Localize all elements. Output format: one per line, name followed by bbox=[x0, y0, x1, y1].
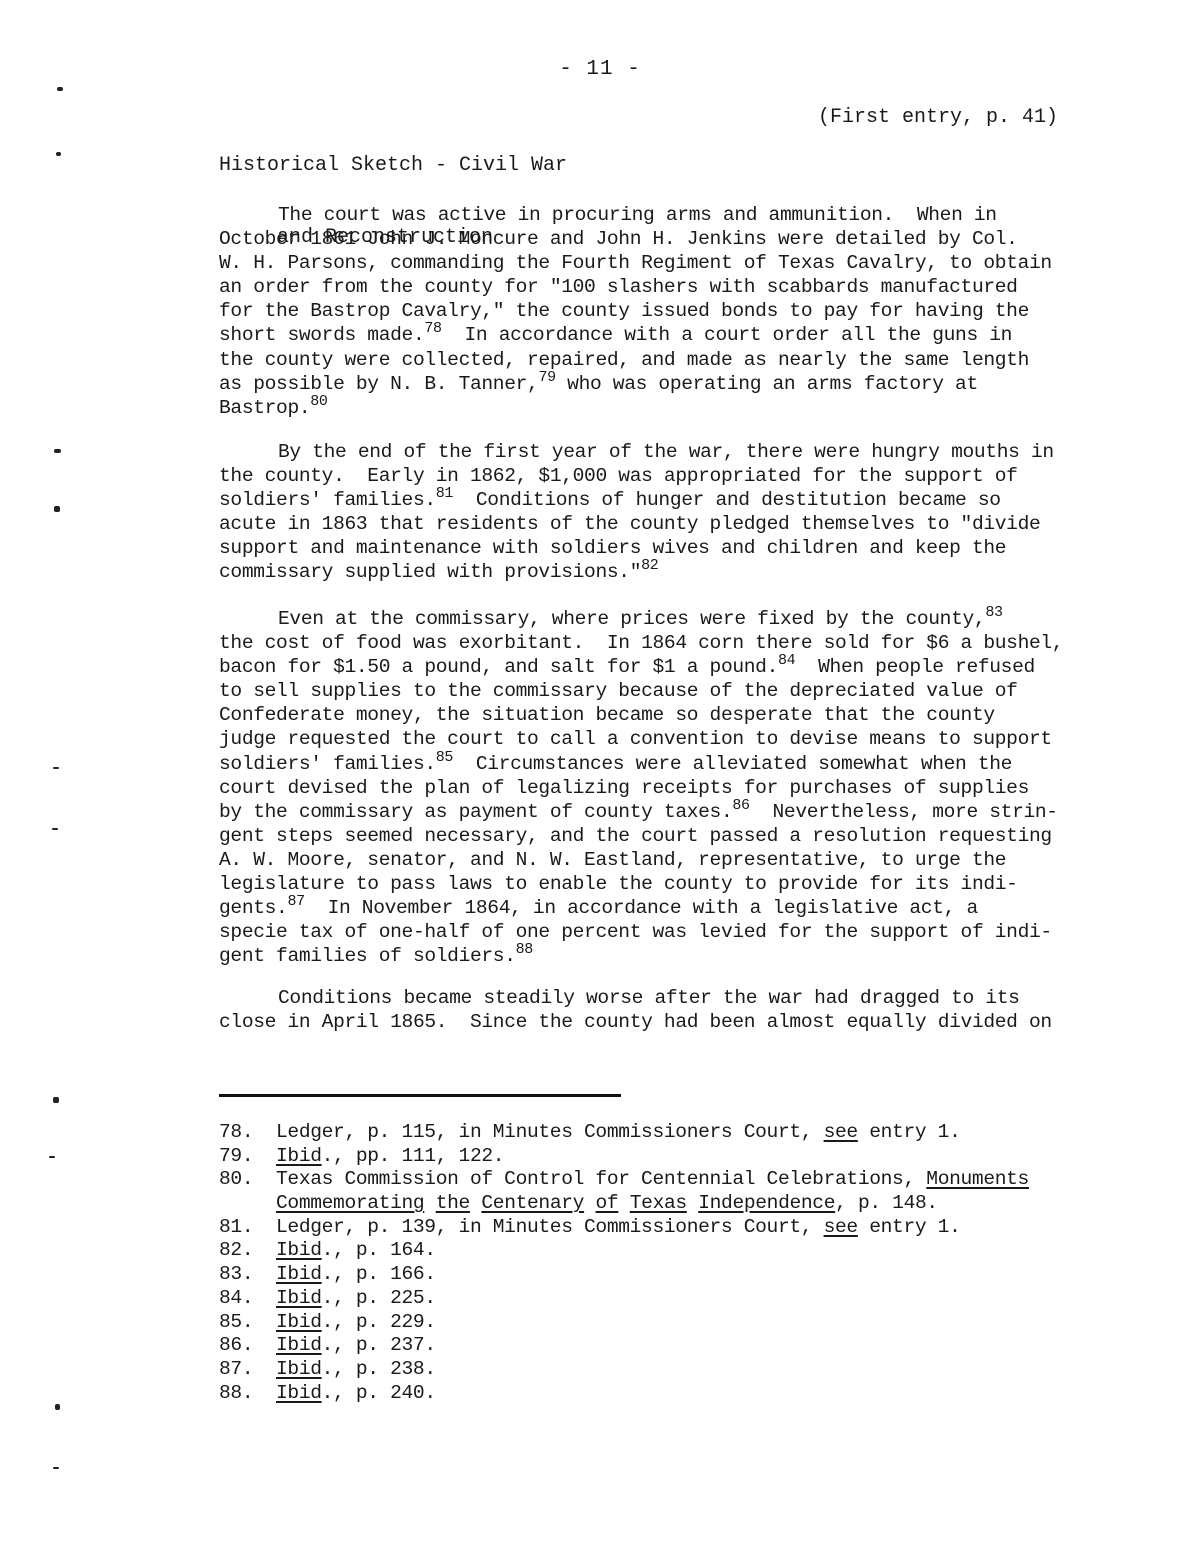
footnote-ref: 81 bbox=[436, 485, 453, 502]
footnotes-list: 78.Ledger, p. 115, in Minutes Commission… bbox=[219, 1121, 1099, 1405]
citation-underlined: Independence bbox=[698, 1192, 835, 1214]
text-line: By the end of the first year of the war,… bbox=[219, 440, 1099, 464]
footnote: 80.Texas Commission of Control for Cente… bbox=[219, 1168, 1099, 1192]
footnote-text: Ibid., p. 164. bbox=[276, 1239, 436, 1263]
footnote-text: Ledger, p. 115, in Minutes Commissioners… bbox=[276, 1121, 961, 1145]
text-line: gent steps seemed necessary, and the cou… bbox=[219, 824, 1099, 848]
text-line: October 1861 John J. Moncure and John H.… bbox=[219, 227, 1099, 251]
text-line: an order from the county for "100 slashe… bbox=[219, 275, 1099, 299]
text-line: A. W. Moore, senator, and N. W. Eastland… bbox=[219, 848, 1099, 872]
footnote: 82.Ibid., p. 164. bbox=[219, 1239, 1099, 1263]
text-line: as possible by N. B. Tanner,79 who was o… bbox=[219, 372, 1099, 396]
citation-underlined: Ibid bbox=[276, 1263, 322, 1285]
footnote-number: 88. bbox=[219, 1382, 276, 1406]
text-line: the county were collected, repaired, and… bbox=[219, 348, 1099, 372]
footnote-ref: 86 bbox=[732, 797, 749, 814]
citation-underlined: Ibid bbox=[276, 1382, 322, 1404]
text-line: support and maintenance with soldiers wi… bbox=[219, 536, 1099, 560]
margin-mark bbox=[49, 1156, 55, 1158]
citation-underlined: Ibid bbox=[276, 1334, 322, 1356]
text-line: the cost of food was exorbitant. In 1864… bbox=[219, 631, 1099, 655]
paragraph-arms: The court was active in procuring arms a… bbox=[219, 203, 1099, 420]
footnote-text: Ledger, p. 139, in Minutes Commissioners… bbox=[276, 1216, 961, 1240]
footnote-number: 86. bbox=[219, 1334, 276, 1358]
footnote: 88.Ibid., p. 240. bbox=[219, 1382, 1099, 1406]
footnote-number: 82. bbox=[219, 1239, 276, 1263]
text-line: close in April 1865. Since the county ha… bbox=[219, 1010, 1099, 1034]
footnote: 79.Ibid., pp. 111, 122. bbox=[219, 1145, 1099, 1169]
margin-mark bbox=[56, 152, 61, 156]
text-line: by the commissary as payment of county t… bbox=[219, 800, 1099, 824]
footnote-ref: 87 bbox=[287, 893, 304, 910]
text-line: commissary supplied with provisions."82 bbox=[219, 560, 1099, 584]
text-line: short swords made.78 In accordance with … bbox=[219, 323, 1099, 347]
citation-underlined: see bbox=[824, 1216, 858, 1238]
footnote-text: Ibid., p. 240. bbox=[276, 1382, 436, 1406]
margin-mark bbox=[53, 767, 59, 769]
margin-mark bbox=[57, 87, 63, 91]
text-line: Confederate money, the situation became … bbox=[219, 703, 1099, 727]
text-line: to sell supplies to the commissary becau… bbox=[219, 679, 1099, 703]
text-line: bacon for $1.50 a pound, and salt for $1… bbox=[219, 655, 1099, 679]
footnote-text: Ibid., p. 225. bbox=[276, 1287, 436, 1311]
footnote-text: Ibid., pp. 111, 122. bbox=[276, 1145, 504, 1169]
text-line: W. H. Parsons, commanding the Fourth Reg… bbox=[219, 251, 1099, 275]
text-line: court devised the plan of legalizing rec… bbox=[219, 776, 1099, 800]
citation-underlined: Texas bbox=[630, 1192, 687, 1214]
footnote: 78.Ledger, p. 115, in Minutes Commission… bbox=[219, 1121, 1099, 1145]
footnote: 85.Ibid., p. 229. bbox=[219, 1311, 1099, 1335]
footnote-continuation: Commemorating the Centenary of Texas Ind… bbox=[219, 1192, 1099, 1216]
citation-underlined: Ibid bbox=[276, 1239, 322, 1261]
text-line: the county. Early in 1862, $1,000 was ap… bbox=[219, 464, 1099, 488]
text-line: acute in 1863 that residents of the coun… bbox=[219, 512, 1099, 536]
footnote-number: 81. bbox=[219, 1216, 276, 1240]
margin-mark bbox=[55, 1404, 60, 1410]
footnote-number: 83. bbox=[219, 1263, 276, 1287]
text-line: Conditions became steadily worse after t… bbox=[219, 986, 1099, 1010]
text-line: legislature to pass laws to enable the c… bbox=[219, 872, 1099, 896]
citation-underlined: see bbox=[824, 1121, 858, 1143]
text-line: judge requested the court to call a conv… bbox=[219, 727, 1099, 751]
footnote-ref: 84 bbox=[778, 652, 795, 669]
text-line: Even at the commissary, where prices wer… bbox=[219, 607, 1099, 631]
text-line: soldiers' families.85 Circumstances were… bbox=[219, 752, 1099, 776]
paragraph-commissary: Even at the commissary, where prices wer… bbox=[219, 607, 1099, 968]
footnote-text: Ibid., p. 238. bbox=[276, 1358, 436, 1382]
footnote: 83.Ibid., p. 166. bbox=[219, 1263, 1099, 1287]
footnote: 86.Ibid., p. 237. bbox=[219, 1334, 1099, 1358]
footnote-text: Ibid., p. 237. bbox=[276, 1334, 436, 1358]
footnote-number: 80. bbox=[219, 1168, 276, 1192]
footnote-ref: 85 bbox=[436, 749, 453, 766]
footnote-number: 84. bbox=[219, 1287, 276, 1311]
footnote-ref: 78 bbox=[424, 320, 441, 337]
text-line: gent families of soldiers.88 bbox=[219, 944, 1099, 968]
footnote: 87.Ibid., p. 238. bbox=[219, 1358, 1099, 1382]
footnote-number: 85. bbox=[219, 1311, 276, 1335]
section-title-line-1: Historical Sketch - Civil War bbox=[219, 154, 567, 178]
footnote-separator bbox=[219, 1094, 621, 1097]
margin-mark bbox=[52, 828, 58, 830]
citation-underlined: Commemorating bbox=[276, 1192, 424, 1214]
text-line: The court was active in procuring arms a… bbox=[219, 203, 1099, 227]
entry-reference: (First entry, p. 41) bbox=[818, 106, 1058, 130]
text-line: for the Bastrop Cavalry," the county iss… bbox=[219, 299, 1099, 323]
footnote: 84.Ibid., p. 225. bbox=[219, 1287, 1099, 1311]
page-number: - 11 - bbox=[0, 58, 1200, 81]
footnote-ref: 88 bbox=[516, 941, 533, 958]
citation-underlined: Monuments bbox=[926, 1168, 1029, 1190]
citation-underlined: Centenary bbox=[481, 1192, 584, 1214]
margin-mark bbox=[54, 449, 61, 453]
footnote-text: Texas Commission of Control for Centenni… bbox=[276, 1168, 1029, 1192]
margin-mark bbox=[54, 506, 60, 512]
footnote-text: Ibid., p. 166. bbox=[276, 1263, 436, 1287]
footnote-number: 87. bbox=[219, 1358, 276, 1382]
margin-mark bbox=[53, 1467, 59, 1469]
footnote-ref: 80 bbox=[310, 393, 327, 410]
paragraph-hunger: By the end of the first year of the war,… bbox=[219, 440, 1099, 585]
footnote: 81.Ledger, p. 139, in Minutes Commission… bbox=[219, 1216, 1099, 1240]
citation-underlined: Ibid bbox=[276, 1287, 322, 1309]
citation-underlined: of bbox=[596, 1192, 619, 1214]
footnote-text: Ibid., p. 229. bbox=[276, 1311, 436, 1335]
margin-mark bbox=[53, 1097, 59, 1103]
footnote-text: Commemorating the Centenary of Texas Ind… bbox=[276, 1192, 938, 1216]
text-line: Bastrop.80 bbox=[219, 396, 1099, 420]
text-line: specie tax of one-half of one percent wa… bbox=[219, 920, 1099, 944]
citation-underlined: Ibid bbox=[276, 1311, 322, 1333]
text-line: soldiers' families.81 Conditions of hung… bbox=[219, 488, 1099, 512]
text-line: gents.87 In November 1864, in accordance… bbox=[219, 896, 1099, 920]
citation-underlined: Ibid bbox=[276, 1145, 322, 1167]
citation-underlined: the bbox=[436, 1192, 470, 1214]
footnote-ref: 83 bbox=[985, 604, 1002, 621]
footnote-ref: 82 bbox=[641, 557, 658, 574]
footnote-ref: 79 bbox=[538, 369, 555, 386]
footnote-number: 79. bbox=[219, 1145, 276, 1169]
citation-underlined: Ibid bbox=[276, 1358, 322, 1380]
paragraph-postwar: Conditions became steadily worse after t… bbox=[219, 986, 1099, 1034]
footnote-number: 78. bbox=[219, 1121, 276, 1145]
